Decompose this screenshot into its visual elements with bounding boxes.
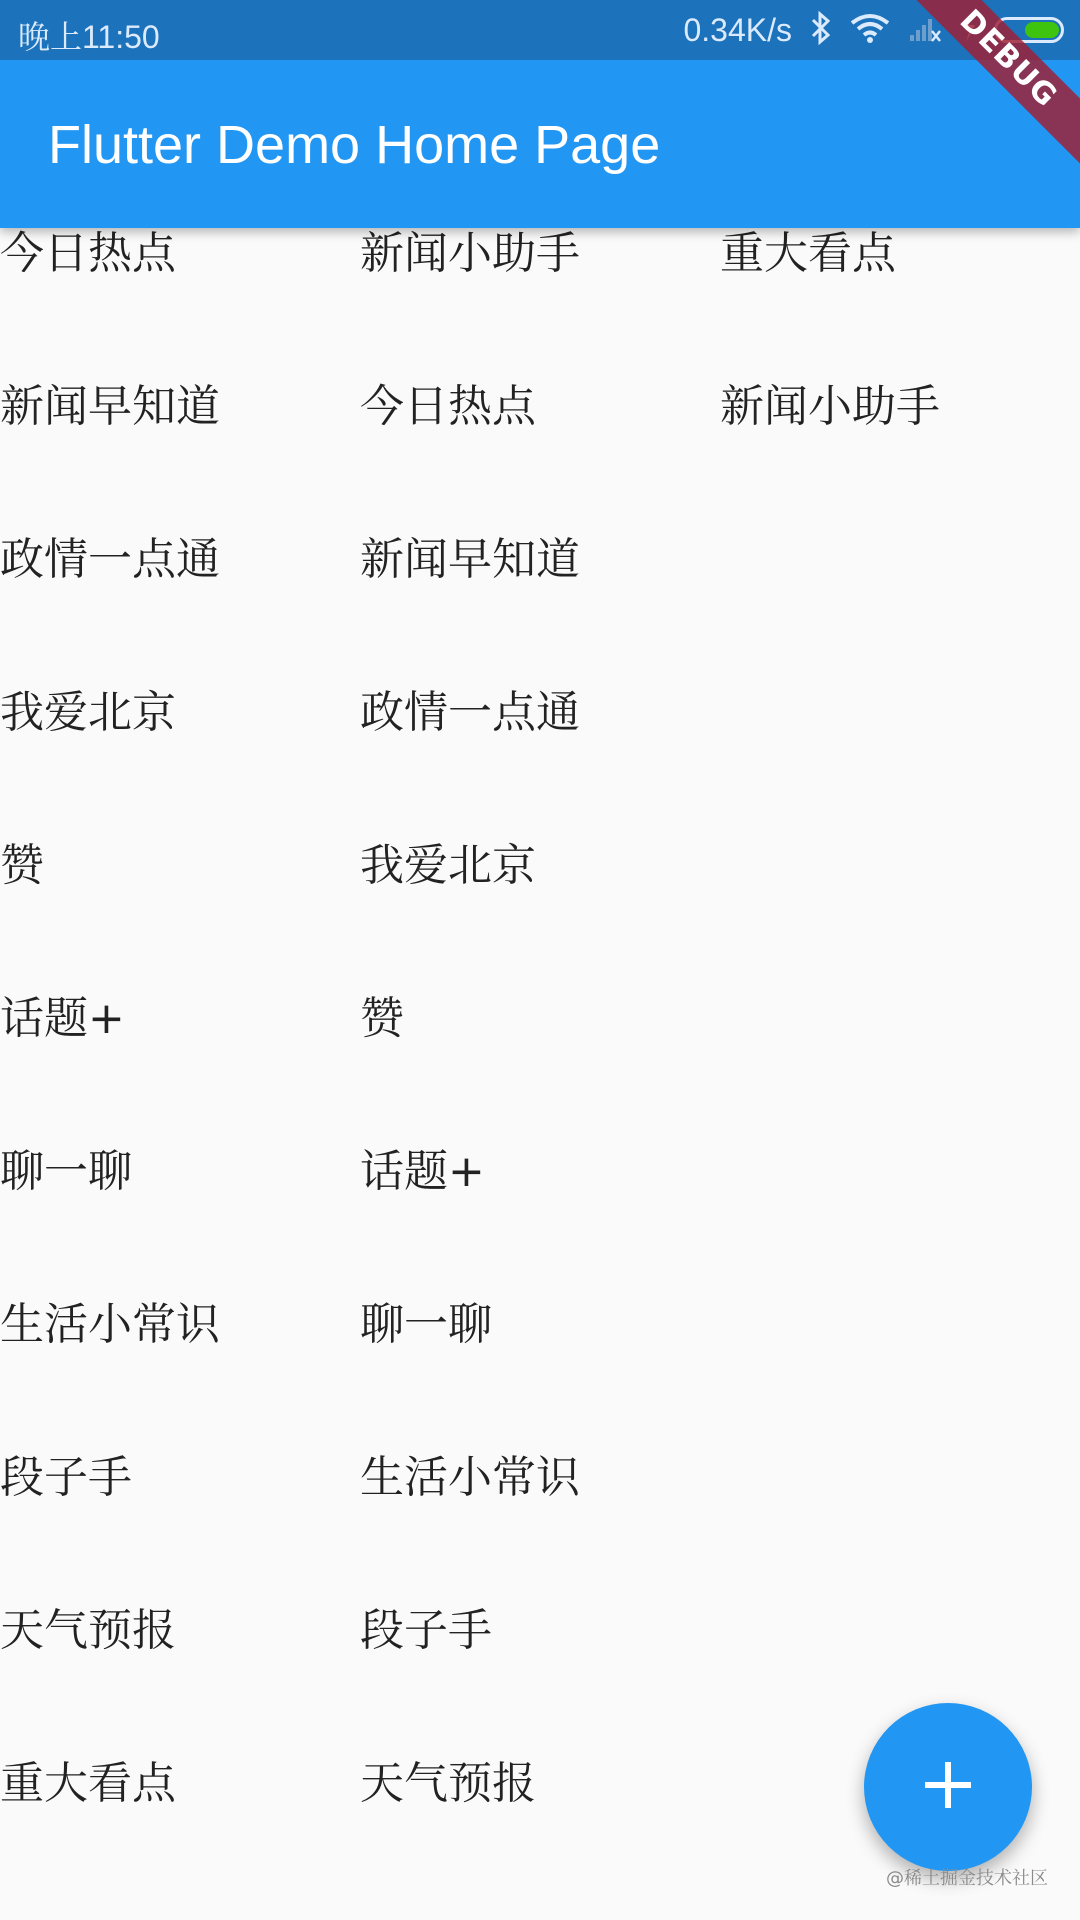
list-item[interactable]: 重大看点 [0, 1756, 176, 1812]
list-item[interactable]: 段子手 [360, 1603, 492, 1659]
list-item[interactable]: 生活小常识 [0, 1297, 220, 1353]
list-item[interactable]: 天气预报 [360, 1756, 536, 1812]
list-item[interactable]: 赞 [0, 838, 44, 894]
list-item[interactable]: 话题+ [0, 991, 125, 1047]
app-bar: Flutter Demo Home Page [0, 60, 1080, 228]
status-bar: 晚上11:50 0.34K/s [0, 0, 1080, 60]
network-speed: 0.34K/s [683, 12, 792, 49]
wifi-icon [850, 13, 890, 47]
page-title: Flutter Demo Home Page [48, 114, 660, 176]
list-item[interactable]: 话题+ [360, 1144, 485, 1200]
bluetooth-icon [810, 11, 832, 49]
watermark: @稀土掘金技术社区 [886, 1864, 1048, 1890]
list-item[interactable]: 天气预报 [0, 1603, 176, 1659]
add-button[interactable] [864, 1703, 1032, 1871]
list-item[interactable]: 新闻小助手 [360, 226, 580, 282]
list-item[interactable]: 今日热点 [360, 379, 536, 435]
list-item[interactable]: 我爱北京 [0, 685, 176, 741]
battery-level [1025, 22, 1059, 38]
item-grid: 今日热点 新闻早知道 政情一点通 我爱北京 赞 话题+ 聊一聊 生活小常识 段子… [0, 228, 1080, 1920]
list-item[interactable]: 聊一聊 [360, 1297, 492, 1353]
list-item[interactable]: 政情一点通 [360, 685, 580, 741]
list-item[interactable]: 段子手 [0, 1450, 132, 1506]
list-item[interactable]: 聊一聊 [0, 1144, 132, 1200]
list-item[interactable]: 政情一点通 [0, 532, 220, 588]
list-item[interactable]: 重大看点 [720, 226, 896, 282]
list-item[interactable]: 新闻早知道 [0, 379, 220, 435]
list-item[interactable]: 新闻小助手 [720, 379, 940, 435]
plus-icon [925, 1762, 971, 1812]
status-time: 晚上11:50 [18, 12, 160, 58]
list-item[interactable]: 我爱北京 [360, 838, 536, 894]
list-item[interactable]: 生活小常识 [360, 1450, 580, 1506]
list-item[interactable]: 新闻早知道 [360, 532, 580, 588]
list-item[interactable]: 赞 [360, 991, 404, 1047]
list-item[interactable]: 今日热点 [0, 226, 176, 282]
